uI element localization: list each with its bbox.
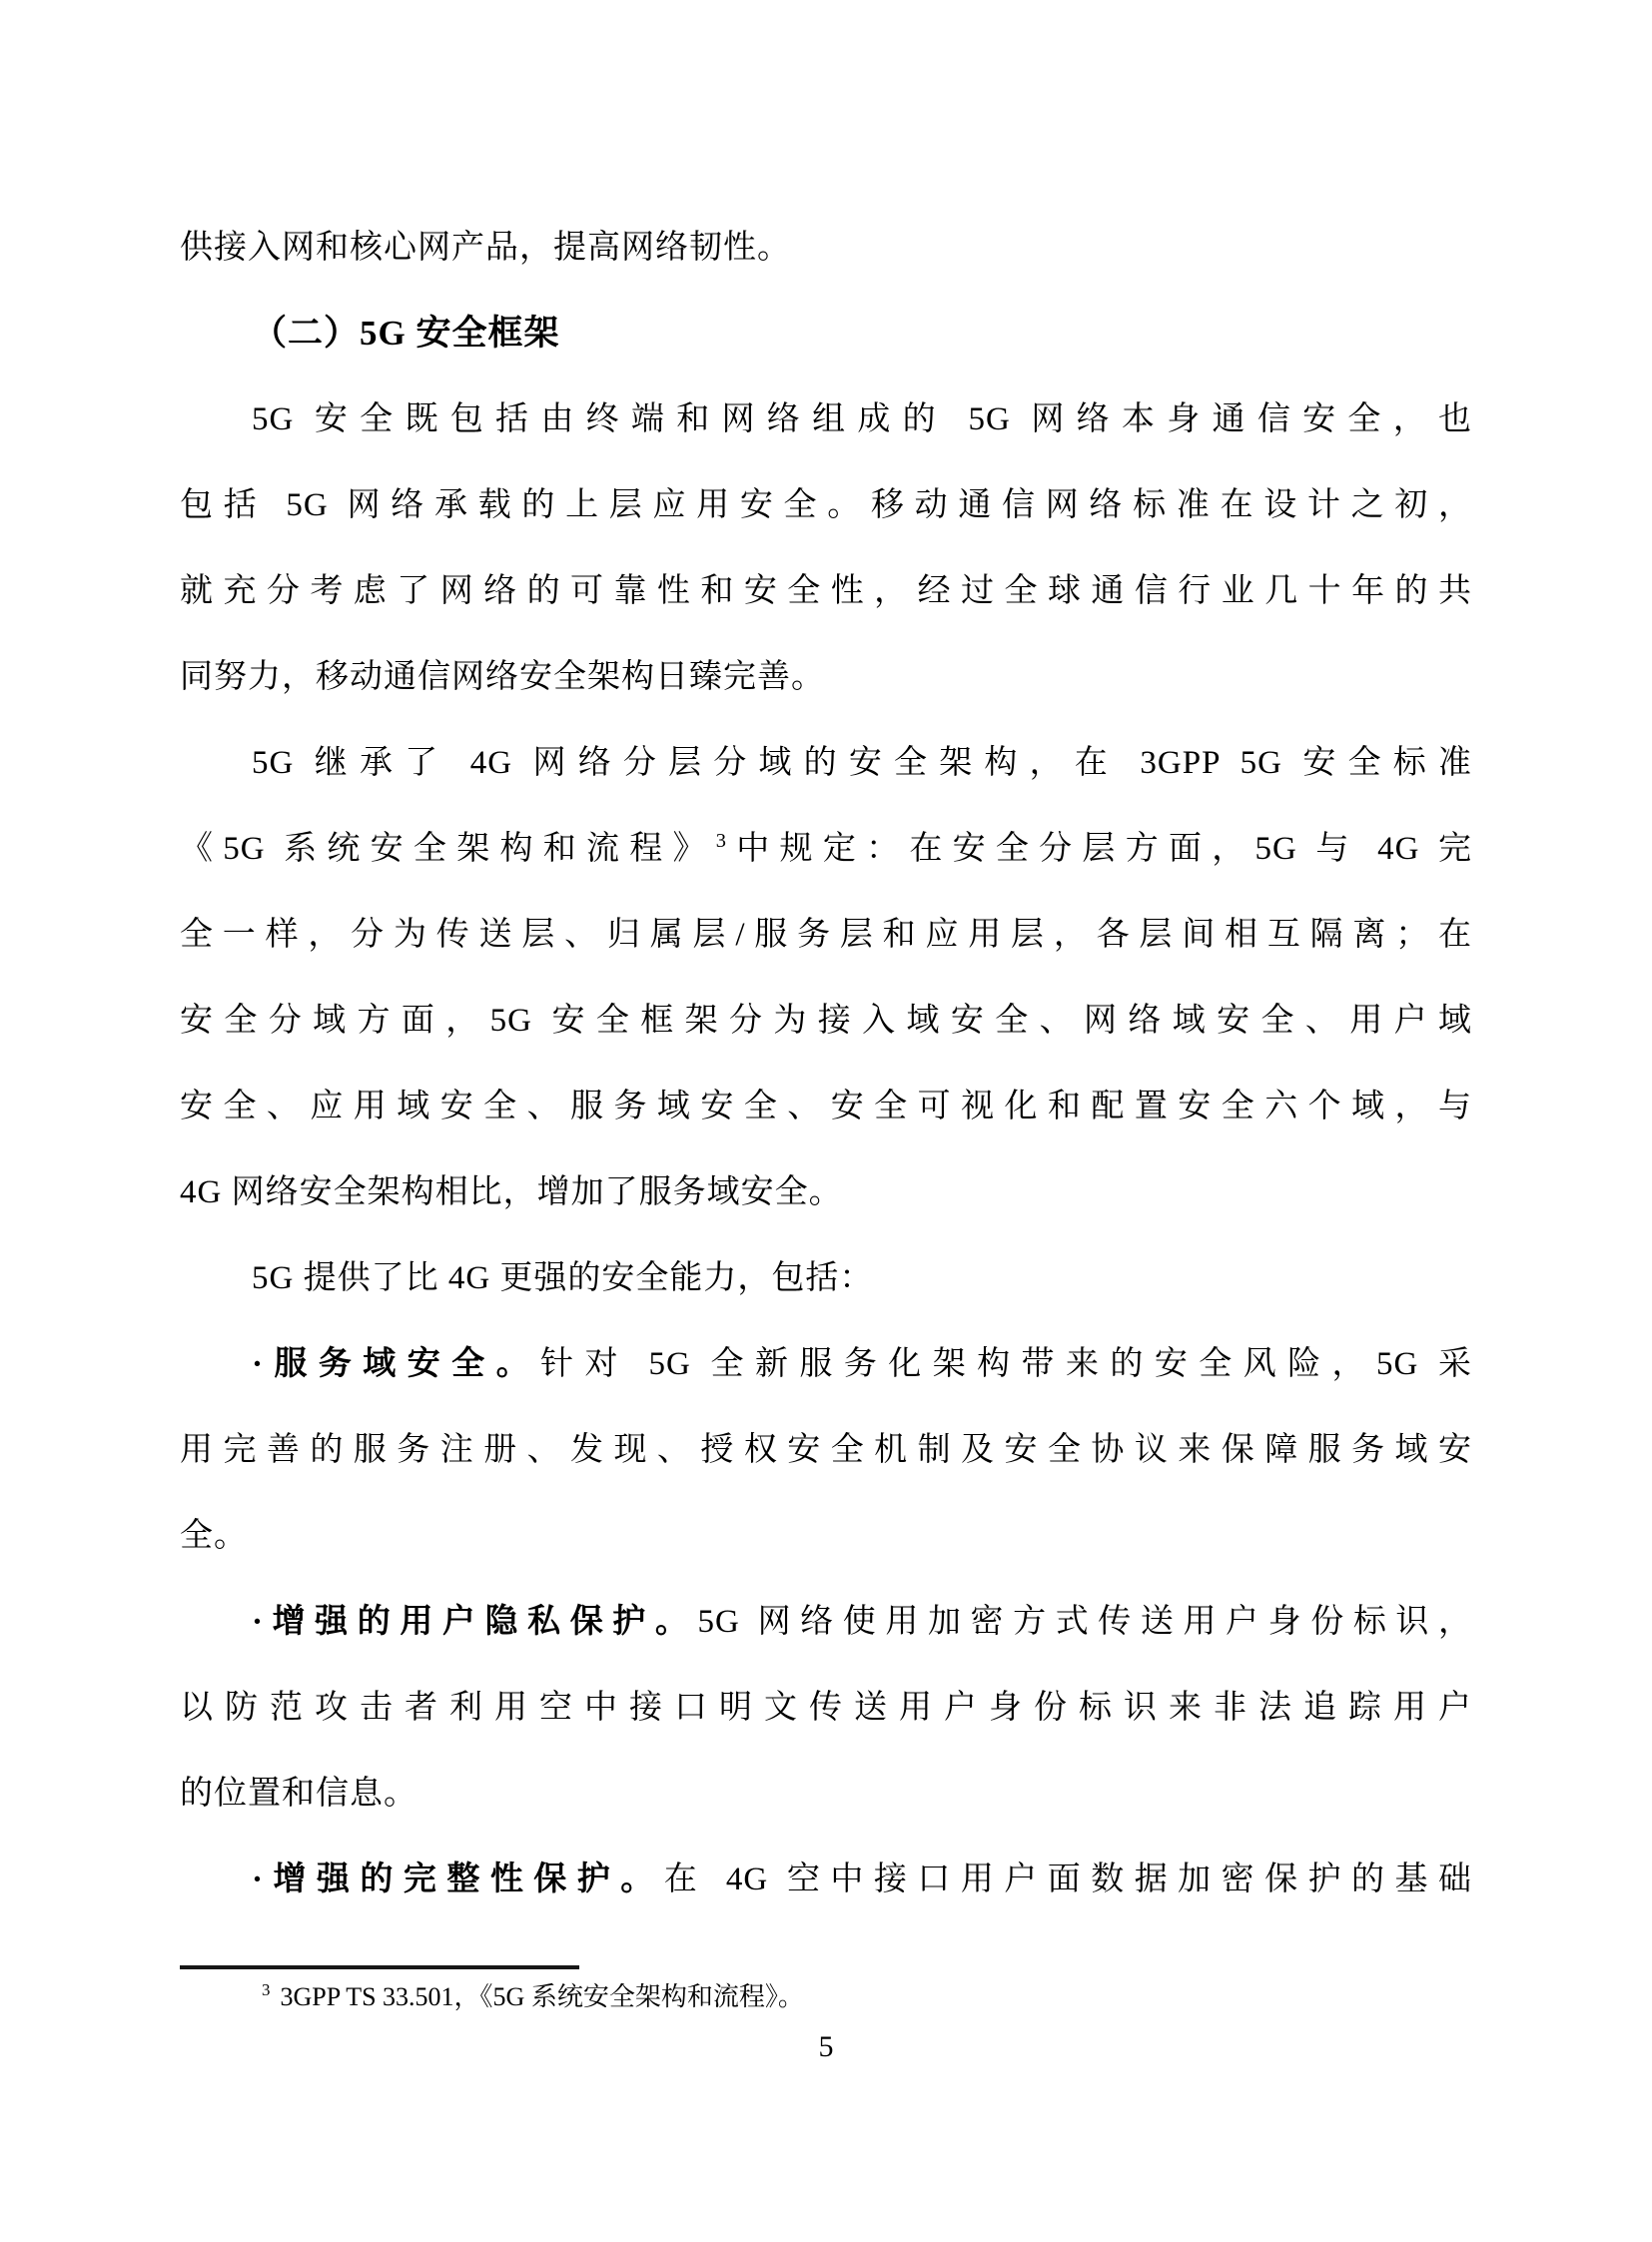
text-line: 《5G 系统安全架构和流程》3中规定：在安全分层方面，5G 与 4G 完 (180, 806, 1472, 892)
section-heading: （二）5G 安全框架 (180, 291, 1472, 376)
bold-text-segment: （二）5G 安全框架 (252, 314, 559, 353)
text-segment: 5G 提供了比 4G 更强的安全能力，包括： (252, 1260, 873, 1296)
text-segment: 5G 安全既包括由终端和网络组成的 5G 网络本身通信安全，也 (252, 401, 1472, 437)
text-line: 供接入网和核心网产品，提高网络韧性。 (180, 205, 1472, 291)
text-segment: 5G 继承了 4G 网络分层分域的安全架构，在 3GPP 5G 安全标准 (252, 745, 1472, 781)
text-line: 同努力，移动通信网络安全架构日臻完善。 (180, 634, 1472, 720)
document-page: 供接入网和核心网产品，提高网络韧性。（二）5G 安全框架5G 安全既包括由终端和… (0, 0, 1652, 2242)
text-segment: 全。 (180, 1518, 248, 1554)
bold-text-segment: ·增强的用户隐私保护。 (252, 1604, 697, 1640)
text-line: 5G 继承了 4G 网络分层分域的安全架构，在 3GPP 5G 安全标准 (180, 720, 1472, 806)
footnote-text: 3GPP TS 33.501，《5G 系统安全架构和流程》。 (280, 1982, 803, 2011)
bold-text-segment: ·增强的完整性保护。 (252, 1862, 664, 1897)
text-line: 5G 安全既包括由终端和网络组成的 5G 网络本身通信安全，也 (180, 376, 1472, 462)
text-segment: 的位置和信息。 (180, 1776, 417, 1812)
text-segment: 安全、应用域安全、服务域安全、安全可视化和配置安全六个域，与 (180, 1089, 1472, 1124)
text-line: 4G 网络安全架构相比，增加了服务域安全。 (180, 1149, 1472, 1235)
text-segment: 5G 网络使用加密方式传送用户身份标识， (697, 1604, 1472, 1640)
text-line: 安全、应用域安全、服务域安全、安全可视化和配置安全六个域，与 (180, 1064, 1472, 1149)
footnote-separator (180, 1965, 579, 1969)
text-line: 安全分域方面，5G 安全框架分为接入域安全、网络域安全、用户域 (180, 978, 1472, 1064)
text-line: 5G 提供了比 4G 更强的安全能力，包括： (180, 1235, 1472, 1321)
text-segment: 在 4G 空中接口用户面数据加密保护的基础 (664, 1862, 1472, 1897)
text-segment: 《5G 系统安全架构和流程》 (180, 831, 716, 867)
text-line: ·服务域安全。针对 5G 全新服务化架构带来的安全风险，5G 采 (180, 1321, 1472, 1407)
text-line: 就充分考虑了网络的可靠性和安全性，经过全球通信行业几十年的共 (180, 548, 1472, 634)
text-segment: 以防范攻击者利用空中接口明文传送用户身份标识来非法追踪用户 (180, 1690, 1472, 1726)
text-line: 包括 5G 网络承载的上层应用安全。移动通信网络标准在设计之初， (180, 462, 1472, 548)
text-line: 用完善的服务注册、发现、授权安全机制及安全协议来保障服务域安 (180, 1407, 1472, 1493)
text-line: ·增强的用户隐私保护。5G 网络使用加密方式传送用户身份标识， (180, 1579, 1472, 1665)
text-segment: 针对 5G 全新服务化架构带来的安全风险，5G 采 (540, 1346, 1472, 1382)
footnote-marker: 3 (262, 1980, 270, 1999)
text-line: ·增强的完整性保护。在 4G 空中接口用户面数据加密保护的基础 (180, 1837, 1472, 1922)
text-segment: 供接入网和核心网产品，提高网络韧性。 (180, 230, 791, 266)
footnote: 33GPP TS 33.501，《5G 系统安全架构和流程》。 (180, 1975, 1472, 2019)
text-segment: 同努力，移动通信网络安全架构日臻完善。 (180, 659, 825, 695)
text-segment: 4G 网络安全架构相比，增加了服务域安全。 (180, 1174, 843, 1210)
text-segment: 就充分考虑了网络的可靠性和安全性，经过全球通信行业几十年的共 (180, 573, 1472, 609)
text-segment: 用完善的服务注册、发现、授权安全机制及安全协议来保障服务域安 (180, 1432, 1472, 1468)
text-line: 全一样，分为传送层、归属层/服务层和应用层，各层间相互隔离；在 (180, 892, 1472, 978)
text-segment: 中规定：在安全分层方面，5G 与 4G 完 (727, 831, 1472, 867)
text-line: 全。 (180, 1493, 1472, 1579)
body-text: 供接入网和核心网产品，提高网络韧性。（二）5G 安全框架5G 安全既包括由终端和… (180, 205, 1472, 1922)
page-number: 5 (0, 2025, 1652, 2069)
text-segment: 安全分域方面，5G 安全框架分为接入域安全、网络域安全、用户域 (180, 1003, 1472, 1039)
bold-text-segment: ·服务域安全。 (252, 1346, 540, 1382)
text-segment: 包括 5G 网络承载的上层应用安全。移动通信网络标准在设计之初， (180, 487, 1472, 523)
text-line: 的位置和信息。 (180, 1751, 1472, 1837)
text-line: 以防范攻击者利用空中接口明文传送用户身份标识来非法追踪用户 (180, 1665, 1472, 1751)
footnote-reference: 3 (716, 830, 727, 852)
text-segment: 全一样，分为传送层、归属层/服务层和应用层，各层间相互隔离；在 (180, 917, 1472, 953)
